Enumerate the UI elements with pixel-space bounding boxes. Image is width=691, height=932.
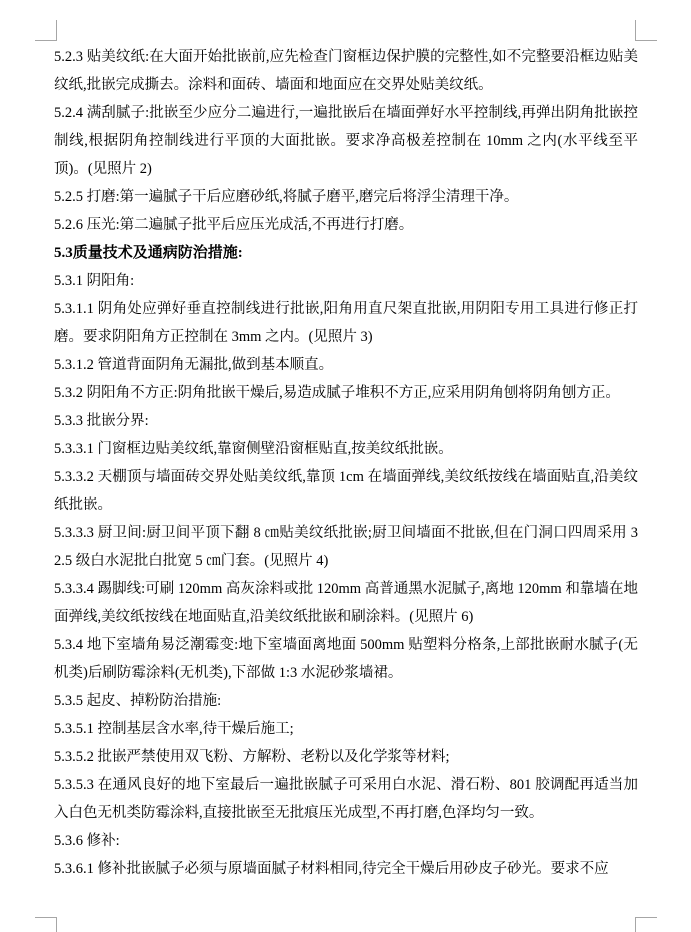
paragraph-5-3-5: 5.3.5 起皮、掉粉防治措施: [54,687,638,715]
text-boundary-mark-bottom-left [35,917,57,932]
paragraph-5-3-2: 5.3.2 阴阳角不方正:阴角批嵌干燥后,易造成腻子堆积不方正,应采用阴角刨将阴… [54,379,638,407]
document-page: 5.2.3 贴美纹纸:在大面开始批嵌前,应先检查门窗框边保护膜的完整性,如不完整… [0,0,691,932]
text-boundary-mark-top-left [35,20,57,41]
paragraph-5-3-1-1: 5.3.1.1 阴角处应弹好垂直控制线进行批嵌,阳角用直尺架直批嵌,用阴阳专用工… [54,295,638,351]
paragraph-5-3-3-1: 5.3.3.1 门窗框边贴美纹纸,靠窗侧壁沿窗框贴直,按美纹纸批嵌。 [54,435,638,463]
paragraph-5-2-6: 5.2.6 压光:第二遍腻子批平后应压光成活,不再进行打磨。 [54,211,638,239]
paragraph-5-3-5-2: 5.3.5.2 批嵌严禁使用双飞粉、方解粉、老粉以及化学浆等材料; [54,743,638,771]
paragraph-5-3-1: 5.3.1 阴阳角: [54,267,638,295]
paragraph-5-2-4: 5.2.4 满刮腻子:批嵌至少应分二遍进行,一遍批嵌后在墙面弹好水平控制线,再弹… [54,99,638,183]
paragraph-5-3-3: 5.3.3 批嵌分界: [54,407,638,435]
paragraph-5-3-1-2: 5.3.1.2 管道背面阴角无漏批,做到基本顺直。 [54,351,638,379]
paragraph-5-3-3-3: 5.3.3.3 厨卫间:厨卫间平顶下翻 8 ㎝贴美纹纸批嵌;厨卫间墙面不批嵌,但… [54,519,638,575]
section-heading-5-3: 5.3质量技术及通病防治措施: [54,239,638,267]
paragraph-5-3-6: 5.3.6 修补: [54,827,638,855]
text-boundary-mark-top-right [635,20,657,41]
paragraph-5-3-5-1: 5.3.5.1 控制基层含水率,待干燥后施工; [54,715,638,743]
paragraph-5-3-6-1: 5.3.6.1 修补批嵌腻子必须与原墙面腻子材料相同,待完全干燥后用砂皮子砂光。… [54,855,638,883]
paragraph-5-3-4: 5.3.4 地下室墙角易泛潮霉变:地下室墙面离地面 500mm 贴塑料分格条,上… [54,631,638,687]
paragraph-5-2-5: 5.2.5 打磨:第一遍腻子干后应磨砂纸,将腻子磨平,磨完后将浮尘清理干净。 [54,183,638,211]
paragraph-5-3-3-2: 5.3.3.2 天棚顶与墙面砖交界处贴美纹纸,靠顶 1cm 在墙面弹线,美纹纸按… [54,463,638,519]
paragraph-5-3-5-3: 5.3.5.3 在通风良好的地下室最后一遍批嵌腻子可采用白水泥、滑石粉、801 … [54,771,638,827]
paragraph-5-3-3-4: 5.3.3.4 踢脚线:可刷 120mm 高灰涂料或批 120mm 高普通黑水泥… [54,575,638,631]
document-text-block: 5.2.3 贴美纹纸:在大面开始批嵌前,应先检查门窗框边保护膜的完整性,如不完整… [54,43,638,883]
text-boundary-mark-bottom-right [635,917,657,932]
paragraph-5-2-3: 5.2.3 贴美纹纸:在大面开始批嵌前,应先检查门窗框边保护膜的完整性,如不完整… [54,43,638,99]
